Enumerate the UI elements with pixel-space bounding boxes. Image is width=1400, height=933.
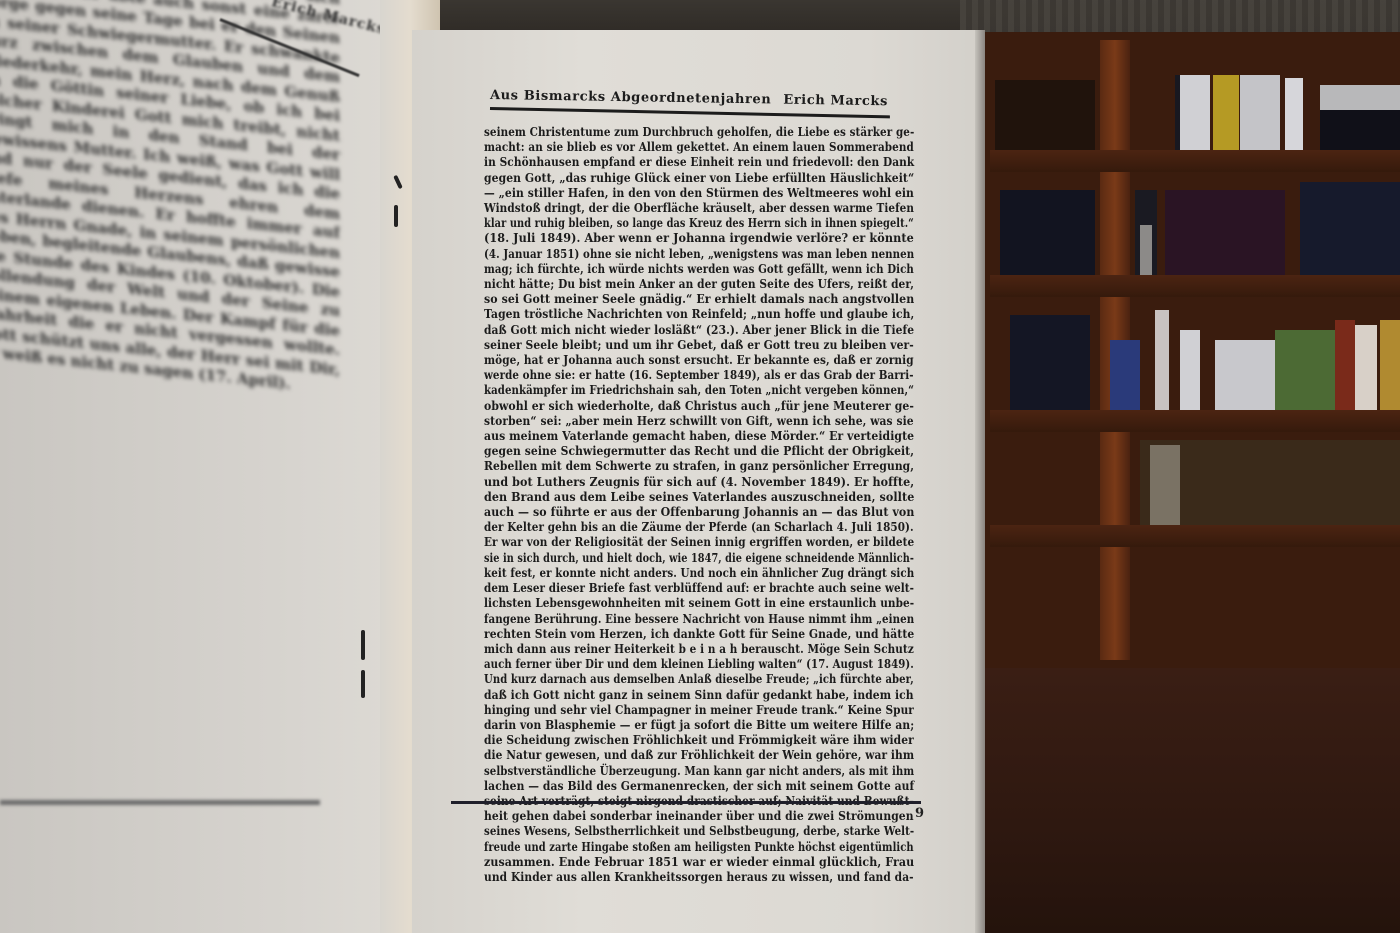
text-line: möge, hat er Johanna auch sonst ersucht.…: [484, 352, 848, 367]
footer-rule: [451, 801, 921, 804]
page-number: 9: [915, 806, 924, 821]
book: [1165, 190, 1285, 275]
text-line: den Brand aus dem Leibe seines Vaterland…: [484, 489, 870, 504]
book: [1213, 75, 1239, 150]
shelf-board: [990, 410, 1400, 432]
desk-surface: [950, 668, 1400, 933]
text-line: gegen seine Schwiegermutter das Recht un…: [484, 443, 857, 458]
text-line: aus meinem Vaterlande gemacht haben, die…: [484, 428, 860, 443]
text-line: sie in sich durch, und hielt doch, wie 1…: [484, 550, 820, 565]
book: [1240, 75, 1280, 150]
text-line: daß ich Gott nicht ganz in seinem Sinn d…: [484, 687, 856, 702]
book: [1355, 325, 1377, 410]
text-line: in Schönhausen empfand er diese Einheit …: [484, 154, 850, 169]
book: [1150, 445, 1180, 525]
text-line: Windstoß dringt, der die Oberfläche kräu…: [484, 200, 846, 215]
text-line: nicht hätte; Du bist mein Anker an der g…: [484, 276, 851, 291]
shelf-board: [990, 275, 1400, 297]
text-line: kadenkämpfer im Friedrichshain sah, den …: [484, 382, 837, 397]
left-page: seinem Gott, das Recht, welches er sich …: [0, 0, 420, 933]
book: [1140, 225, 1152, 275]
text-line: gegen Gott, „das ruhige Glück einer von …: [484, 170, 858, 185]
text-line: auch — so führte er aus der Offenbarung …: [484, 504, 865, 519]
text-line: zusammen. Ende Februar 1851 war er wiede…: [484, 854, 868, 869]
book: [1380, 320, 1400, 410]
text-line: daß Gott mich nicht wieder losläßt“ (23.…: [484, 322, 855, 337]
page-body-text: seinem Christentume zum Durchbruch gehol…: [484, 124, 914, 884]
book: [1155, 310, 1169, 410]
text-line: die Natur gewesen, und daß zur Fröhlichk…: [484, 747, 852, 762]
text-line: seines Wesens, Selbstherrlichkeit und Se…: [484, 823, 839, 838]
binding-stitch: [394, 205, 398, 227]
text-line: auch ferner über Dir und dem kleinen Lie…: [484, 656, 836, 671]
shelf-board: [990, 525, 1400, 547]
text-line: Rebellen mit dem Schwerte zu strafen, in…: [484, 458, 855, 473]
text-line: mag; ich fürchte, ich würde nichts werde…: [484, 261, 838, 276]
text-line: werde ohne sie: er hatte (16. September …: [484, 367, 841, 382]
book: [1300, 182, 1400, 275]
book: [1320, 110, 1400, 150]
text-line: selbstverständliche Überzeugung. Man kan…: [484, 763, 837, 778]
text-line: rechten Stein vom Herzen, ich dankte Got…: [484, 626, 856, 641]
text-line: seinem Christentume zum Durchbruch gehol…: [484, 124, 844, 139]
text-line: hinging und sehr viel Champagner in mein…: [484, 702, 848, 717]
text-line: — „ein stiller Hafen, in den von den Stü…: [484, 185, 857, 200]
text-line: keit fest, er konnte nicht anders. Und n…: [484, 565, 841, 580]
text-line: lachen — das Bild des Germanenrecken, de…: [484, 778, 856, 793]
text-line: klar und ruhig bleiben, so lange das Kre…: [484, 215, 824, 230]
text-line: und bot Luthers Zeugnis für sich auf (4.…: [484, 474, 869, 489]
book: [995, 80, 1095, 150]
text-line: seiner Seele bleibt; und um ihr Gebet, d…: [484, 337, 856, 352]
book: [1285, 78, 1303, 150]
text-line: die Scheidung zwischen Fröhlichkeit und …: [484, 732, 855, 747]
text-line: Und kurz darnach aus demselben Anlaß die…: [484, 671, 832, 686]
book: [1010, 315, 1090, 410]
binding-stitch: [361, 630, 365, 660]
book: [1110, 340, 1140, 410]
text-line: dem Leser dieser Briefe fast verblüffend…: [484, 580, 844, 595]
text-line: der Kelter gehn bis an die Zäume der Pfe…: [484, 519, 844, 534]
text-line: fangene Berührung. Eine bessere Nachrich…: [484, 611, 839, 626]
book: [1000, 190, 1095, 275]
text-line: und Kinder aus allen Krankheitssorgen he…: [484, 869, 853, 884]
text-line: (4. Januar 1851) ohne sie nicht leben, „…: [484, 246, 838, 261]
left-footer-rule: [0, 800, 320, 805]
text-line: storben“ sei: „aber mein Herz schwillt v…: [484, 413, 855, 428]
text-line: lichsten Lebensgewohnheiten mit seinem G…: [484, 595, 847, 610]
text-line: Er war von der Religiosität der Seinen i…: [484, 534, 847, 549]
binding-stitch: [361, 670, 365, 698]
book: [1215, 340, 1275, 410]
text-line: so sei Gott meiner Seele gnädig.“ Er erh…: [484, 291, 864, 306]
book: [1180, 75, 1210, 150]
page-edge-shadow: [975, 30, 985, 933]
text-line: (18. Juli 1849). Aber wenn er Johanna ir…: [484, 230, 873, 245]
text-line: heit gehen dabei sonderbar ineinander üb…: [484, 808, 857, 823]
text-line: freude und zarte Hingabe stoßen am heili…: [484, 839, 828, 854]
text-line: darin von Blasphemie — er fügt ja sofort…: [484, 717, 854, 732]
book: [1335, 320, 1355, 410]
text-line: Tagen tröstliche Nachrichten von Reinfel…: [484, 306, 856, 321]
text-line: macht: an sie blieb es vor Allem gekette…: [484, 139, 844, 154]
text-line: obwohl er sich wiederholte, daß Christus…: [484, 398, 861, 413]
running-head-author: Erich Marcks: [783, 93, 888, 110]
book: [1320, 85, 1400, 110]
book: [1180, 330, 1200, 410]
left-page-blurred-text: seinem Gott, das Recht, welches er sich …: [0, 0, 340, 810]
text-line: mich dann aus reiner Heiterkeit b e i n …: [484, 641, 845, 656]
shelf-board: [990, 150, 1400, 172]
